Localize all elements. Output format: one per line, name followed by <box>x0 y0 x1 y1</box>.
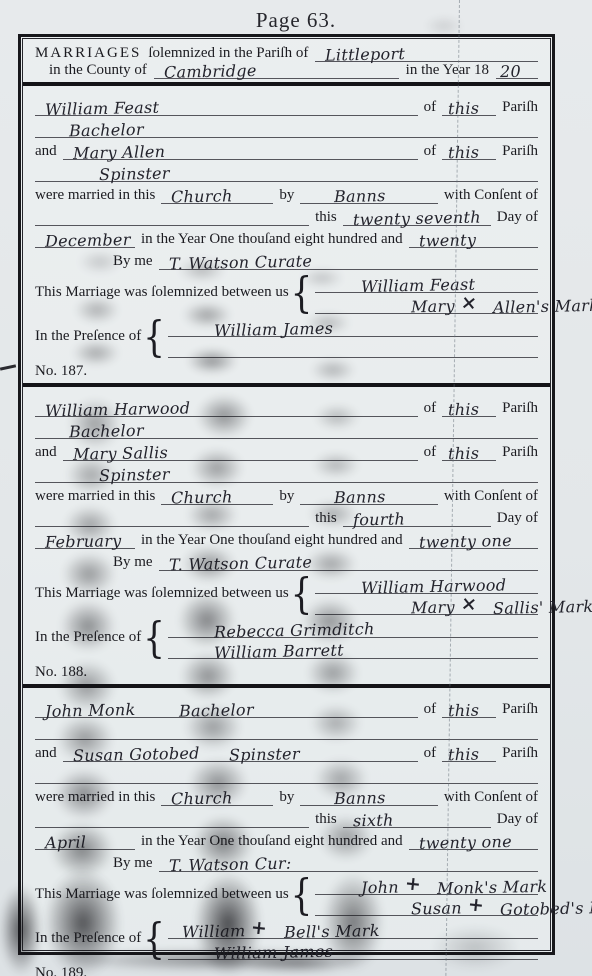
officiant-signature: T. Watson Curate <box>158 552 312 574</box>
month-line: April <box>35 833 135 850</box>
year-words-line: twenty one <box>409 833 538 850</box>
label-parish: Pariſh <box>502 143 538 160</box>
groom-signature-line: William Harwood <box>315 573 538 594</box>
month-line: December <box>35 231 135 248</box>
groom-signature-line: John + Monk's Mark <box>315 874 538 895</box>
groom-parish: this <box>442 99 480 119</box>
groom-row: William Feast of this Pariſh <box>35 95 538 116</box>
county-name-line: Cambridge <box>154 62 399 79</box>
entry-number-row: No. 187. <box>35 360 538 380</box>
label-day-of: Day of <box>497 209 538 226</box>
bride-parish-line: this <box>442 745 496 762</box>
brace-glyph: { <box>291 569 313 619</box>
groom-name-line: William Feast <box>35 99 418 116</box>
label-of: of <box>424 99 437 116</box>
label-and: and <box>35 143 57 160</box>
bride-signature: Mary <box>401 597 455 617</box>
bride-parish-line: this <box>442 143 496 160</box>
label-solemnized: This Marriage was ſolemnized between us <box>35 284 289 301</box>
officiant-signature: T. Watson Cur: <box>158 854 291 876</box>
witness1-line: Rebecca Grimditch <box>168 617 538 638</box>
blank-line <box>35 526 309 527</box>
month: February <box>35 531 122 552</box>
label-year-mid: in the Year One thouſand eight hundred a… <box>141 833 403 850</box>
method-line: Banns <box>300 187 437 204</box>
groom-condition-line: Bachelor <box>35 422 538 439</box>
witness1-mark-icon: + <box>250 916 268 940</box>
day-word: twenty seventh <box>343 208 481 230</box>
married-in-line: Church <box>161 789 273 806</box>
entry-number-row: No. 189. <box>35 962 538 976</box>
groom-name: William Feast <box>35 98 160 120</box>
label-were-married: were married in this <box>35 789 155 806</box>
entry-number-row: No. 188. <box>35 661 538 681</box>
officiant-line: T. Watson Curate <box>159 253 538 270</box>
header-line-2: in the County of Cambridge in the Year 1… <box>35 62 538 79</box>
marriage-entry-189: John Monk Bachelor of this Pariſh and Su… <box>35 693 538 976</box>
label-this: this <box>315 209 337 226</box>
label-this: this <box>315 811 337 828</box>
groom-parish-line: this <box>442 400 496 417</box>
married-in: Church <box>161 186 233 206</box>
day-line: fourth <box>343 510 491 527</box>
officiant-signature: T. Watson Curate <box>158 251 312 273</box>
groom-parish-line: this <box>442 99 496 116</box>
groom-name: William Harwood <box>35 398 191 420</box>
witness2-line: William James <box>168 939 538 960</box>
register-frame: MARRIAGES ſolemnized in the Pariſh of Li… <box>18 34 555 955</box>
bride-condition-line: Spinster <box>35 466 538 483</box>
signature-lines: William Harwood Mary × Sallis' Mark <box>315 573 538 615</box>
married-in-line: Church <box>161 488 273 505</box>
month-line: February <box>35 532 135 549</box>
marriages-word: MARRIAGES <box>35 45 141 62</box>
marriage-entry-187: William Feast of this Pariſh Bachelor an… <box>35 91 538 380</box>
groom-condition: Bachelor <box>169 700 254 721</box>
witness2-signature: William Barrett <box>204 640 344 662</box>
bride-condition: Spinster <box>35 164 170 186</box>
solemnized-phrase: ſolemnized in the Pariſh of <box>148 45 308 62</box>
year-row: April in the Year One thouſand eight hun… <box>35 829 538 850</box>
bride-mark-icon: + <box>467 893 485 917</box>
parish-name: Littleport <box>315 44 406 65</box>
county-prefix: in the County of <box>35 62 147 79</box>
page-number: Page 63. <box>0 8 592 33</box>
blank-row <box>35 719 538 740</box>
label-of: of <box>424 400 437 417</box>
witness-lines: William James <box>168 316 538 358</box>
label-presence: In the Preſence of <box>35 328 141 345</box>
marriage-entry-188: William Harwood of this Pariſh Bachelor … <box>35 392 538 681</box>
label-year-mid: in the Year One thouſand eight hundred a… <box>141 231 403 248</box>
signature-lines: John + Monk's Mark Susan + Gotobed's Mar… <box>315 874 538 916</box>
entry-number: No. 188. <box>35 664 87 681</box>
label-were-married: were married in this <box>35 187 155 204</box>
day-word: fourth <box>343 509 405 529</box>
register-frame-inner: MARRIAGES ſolemnized in the Pariſh of Li… <box>22 38 551 951</box>
groom-condition-line: Bachelor <box>35 121 538 138</box>
day-line: twenty seventh <box>343 209 491 226</box>
day-word: sixth <box>343 810 394 830</box>
blank-line <box>35 827 309 828</box>
witness-lines: Rebecca Grimditch William Barrett <box>168 617 538 659</box>
bride-row: and Mary Sallis of this Pariſh <box>35 440 538 461</box>
method: Banns <box>300 186 386 207</box>
witness1-signature: William <box>172 921 246 942</box>
method-line: Banns <box>300 789 437 806</box>
day-row: this twenty seventh Day of <box>35 205 538 226</box>
groom-signature: John <box>351 877 399 897</box>
month: April <box>35 832 87 852</box>
day-line: sixth <box>343 811 491 828</box>
witness1-line: William + Bell's Mark <box>168 918 538 939</box>
blank-line <box>35 739 538 740</box>
label-of: of <box>424 143 437 160</box>
groom-name-line: William Harwood <box>35 400 418 417</box>
blank-row <box>35 763 538 784</box>
groom-mark-label: Monk's Mark <box>427 876 548 898</box>
year-words: twenty one <box>408 832 511 853</box>
label-day-of: Day of <box>497 510 538 527</box>
married-row: were married in this Church by Banns wit… <box>35 484 538 505</box>
bride-condition-row: Spinster <box>35 161 538 182</box>
bride-mark-label: Allen's Mark <box>483 295 592 316</box>
bride-name: Susan Gotobed <box>62 744 199 766</box>
year-words: twenty one <box>408 531 511 552</box>
presence-group: In the Preſence of { Rebecca Grimditch W… <box>35 616 538 659</box>
witness2-signature: William James <box>204 941 334 963</box>
bride-condition: Spinster <box>35 465 170 487</box>
label-by: by <box>279 187 294 204</box>
brace-glyph: { <box>143 312 165 362</box>
blank-line <box>35 783 538 784</box>
label-parish: Pariſh <box>502 745 538 762</box>
brace-glyph: { <box>291 268 313 318</box>
method: Banns <box>300 788 386 809</box>
label-parish: Pariſh <box>502 99 538 116</box>
label-year-mid: in the Year One thouſand eight hundred a… <box>141 532 403 549</box>
bride-signature-line: Mary × Allen's Mark <box>315 293 538 314</box>
bride-signature: Susan <box>401 898 462 918</box>
groom-parish: this <box>442 400 480 420</box>
witness-lines: William + Bell's Mark William James <box>168 918 538 960</box>
groom-parish: this <box>442 701 480 721</box>
groom-row: William Harwood of this Pariſh <box>35 396 538 417</box>
label-by-me: By me <box>113 253 153 270</box>
married-row: were married in this Church by Banns wit… <box>35 785 538 806</box>
month: December <box>35 230 131 251</box>
brace-glyph: { <box>291 870 313 920</box>
method-line: Banns <box>300 488 437 505</box>
groom-signature: William Harwood <box>351 575 507 597</box>
officiant-line: T. Watson Cur: <box>159 855 538 872</box>
bride-name-line: Mary Allen <box>63 143 418 160</box>
day-row: this sixth Day of <box>35 807 538 828</box>
bride-parish-line: this <box>442 444 496 461</box>
married-in-line: Church <box>161 187 273 204</box>
label-and: and <box>35 745 57 762</box>
label-with-consent: with Conſent of <box>444 187 538 204</box>
label-were-married: were married in this <box>35 488 155 505</box>
bride-name: Mary Sallis <box>62 443 167 464</box>
year-words-line: twenty one <box>409 532 538 549</box>
groom-condition: Bachelor <box>35 421 144 442</box>
label-presence: In the Preſence of <box>35 930 141 947</box>
byme-row: By me T. Watson Cur: <box>35 851 538 872</box>
label-parish: Pariſh <box>502 701 538 718</box>
separator-rule <box>23 383 550 387</box>
entry-number: No. 187. <box>35 363 87 380</box>
header-line-1: MARRIAGES ſolemnized in the Pariſh of Li… <box>35 45 538 62</box>
groom-condition-row: Bachelor <box>35 117 538 138</box>
married-row: were married in this Church by Banns wit… <box>35 183 538 204</box>
parish-name-line: Littleport <box>315 45 538 62</box>
label-solemnized: This Marriage was ſolemnized between us <box>35 585 289 602</box>
presence-group: In the Preſence of { William James <box>35 315 538 358</box>
separator-rule <box>23 684 550 688</box>
blank-line <box>35 225 309 226</box>
groom-name: John Monk <box>35 700 136 721</box>
byme-row: By me T. Watson Curate <box>35 249 538 270</box>
label-by: by <box>279 789 294 806</box>
year-words-line: twenty <box>409 231 538 248</box>
label-and: and <box>35 444 57 461</box>
witness1-signature: Rebecca Grimditch <box>204 619 375 642</box>
bride-parish: this <box>442 444 480 464</box>
label-with-consent: with Conſent of <box>444 488 538 505</box>
label-of: of <box>424 701 437 718</box>
officiant-line: T. Watson Curate <box>159 554 538 571</box>
label-day-of: Day of <box>497 811 538 828</box>
brace-glyph: { <box>143 914 165 964</box>
groom-row: John Monk Bachelor of this Pariſh <box>35 697 538 718</box>
bride-signature-line: Mary × Sallis' Mark <box>315 594 538 615</box>
label-by-me: By me <box>113 855 153 872</box>
married-in: Church <box>161 487 233 507</box>
label-parish: Pariſh <box>502 444 538 461</box>
label-parish: Pariſh <box>502 400 538 417</box>
groom-condition: Bachelor <box>35 120 144 141</box>
year-words: twenty <box>408 230 476 250</box>
bride-mark-icon: × <box>460 592 478 616</box>
label-this: this <box>315 510 337 527</box>
bride-parish: this <box>442 143 480 163</box>
bride-condition-line: Spinster <box>35 165 538 182</box>
groom-condition-row: Bachelor <box>35 418 538 439</box>
byme-row: By me T. Watson Curate <box>35 550 538 571</box>
witness1-mark-label: Bell's Mark <box>273 920 379 941</box>
year-suffix: 20 <box>496 62 521 82</box>
year-prefix: in the Year 18 <box>406 62 489 79</box>
label-with-consent: with Conſent of <box>444 789 538 806</box>
bride-row: and Susan Gotobed Spinster of this Pariſ… <box>35 741 538 762</box>
label-solemnized: This Marriage was ſolemnized between us <box>35 886 289 903</box>
brace-glyph: { <box>143 613 165 663</box>
bride-condition-row: Spinster <box>35 462 538 483</box>
label-presence: In the Preſence of <box>35 629 141 646</box>
witness1-line: William James <box>168 316 538 337</box>
method: Banns <box>300 487 386 508</box>
witness1-signature: William James <box>204 318 334 340</box>
label-of: of <box>424 745 437 762</box>
bride-name-line: Susan Gotobed Spinster <box>63 745 418 762</box>
groom-mark-icon: + <box>404 872 422 896</box>
bride-mark-label: Gotobed's Mark <box>490 897 592 919</box>
groom-signature: William Feast <box>351 274 476 296</box>
entry-number: No. 189. <box>35 965 87 976</box>
bride-mark-label: Sallis' Mark <box>483 596 592 617</box>
bride-condition: Spinster <box>219 744 300 765</box>
groom-signature-line: William Feast <box>315 272 538 293</box>
label-of: of <box>424 444 437 461</box>
between-us-group: This Marriage was ſolemnized between us … <box>35 873 538 916</box>
groom-name-line: John Monk Bachelor <box>35 701 418 718</box>
year-row: December in the Year One thouſand eight … <box>35 227 538 248</box>
scanned-register-page: Page 63. MARRIAGES ſolemnized in the Par… <box>0 0 592 976</box>
married-in: Church <box>161 788 233 808</box>
bride-signature: Mary <box>401 296 455 316</box>
label-by-me: By me <box>113 554 153 571</box>
bride-mark-icon: × <box>460 291 478 315</box>
bride-row: and Mary Allen of this Pariſh <box>35 139 538 160</box>
margin-pen-mark <box>0 364 16 370</box>
between-us-group: This Marriage was ſolemnized between us … <box>35 572 538 615</box>
groom-parish-line: this <box>442 701 496 718</box>
year-line: 20 <box>496 62 538 79</box>
signature-lines: William Feast Mary × Allen's Mark <box>315 272 538 314</box>
between-us-group: This Marriage was ſolemnized between us … <box>35 271 538 314</box>
separator-rule <box>23 82 550 86</box>
bride-name-line: Mary Sallis <box>63 444 418 461</box>
day-row: this fourth Day of <box>35 506 538 527</box>
presence-group: In the Preſence of { William + Bell's Ma… <box>35 917 538 960</box>
county-name: Cambridge <box>154 61 257 82</box>
bride-name: Mary Allen <box>62 142 165 163</box>
label-by: by <box>279 488 294 505</box>
year-row: February in the Year One thouſand eight … <box>35 528 538 549</box>
